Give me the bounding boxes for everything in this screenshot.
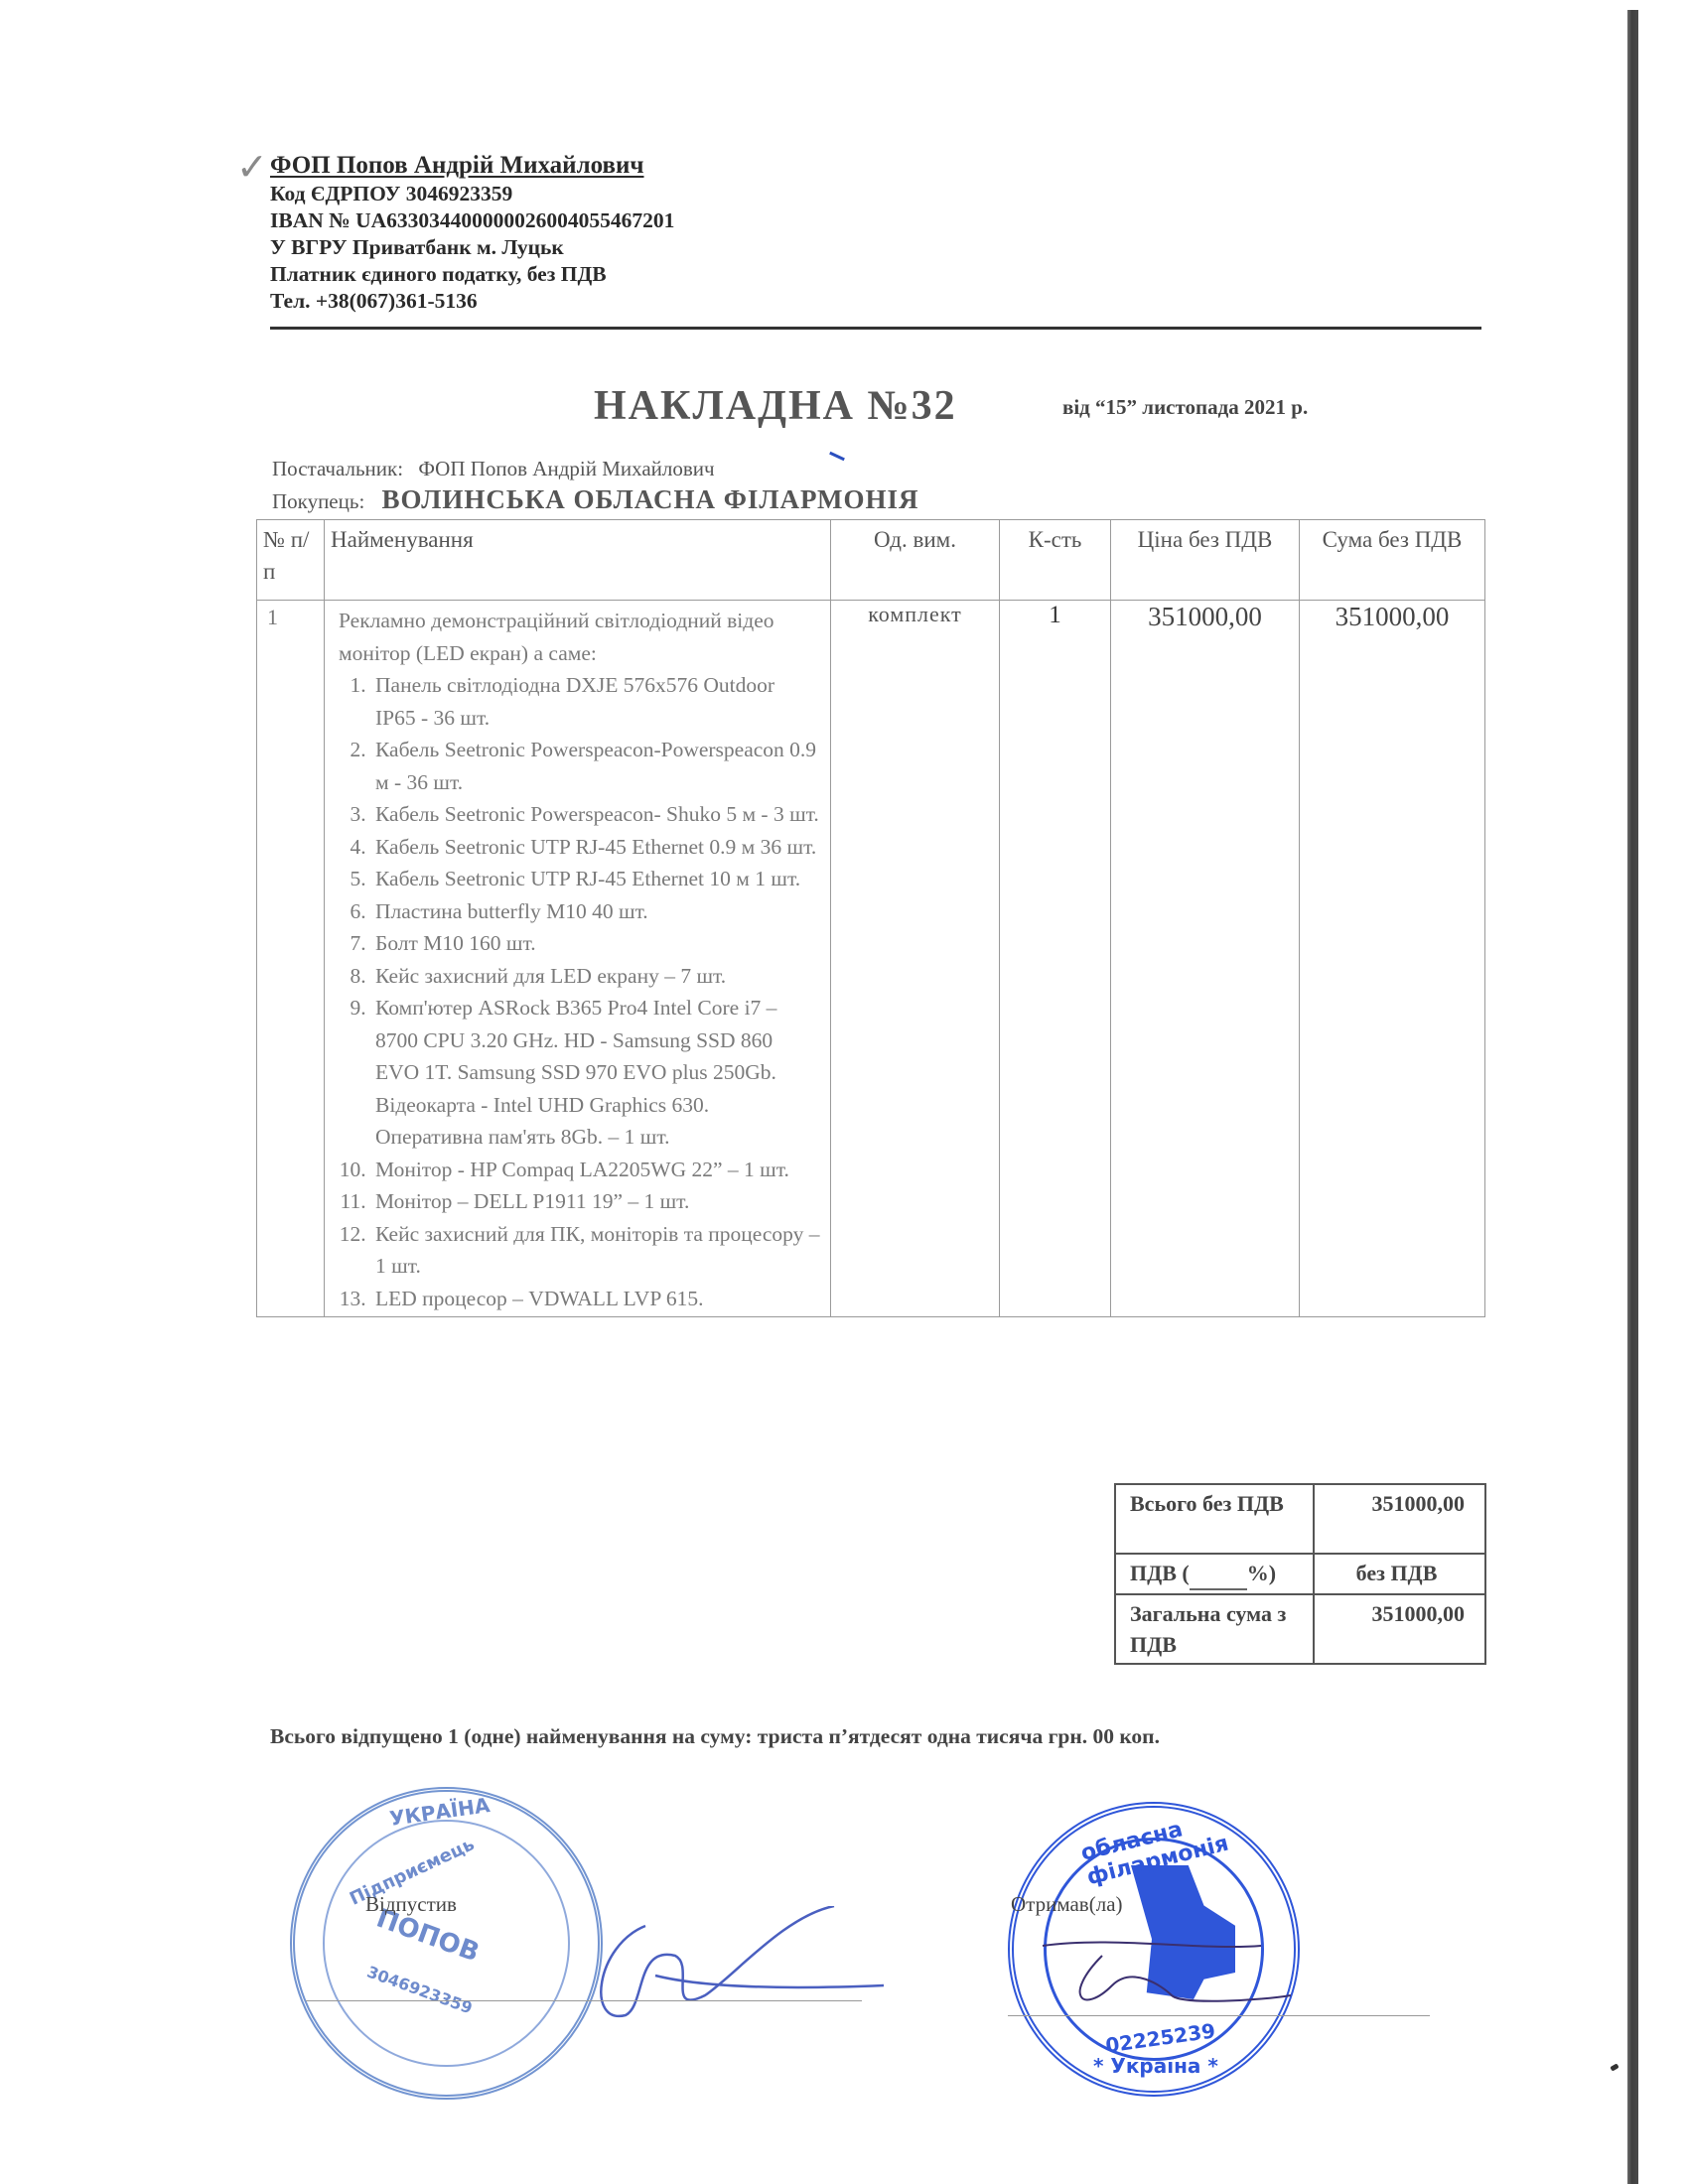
released-signature-line — [306, 2000, 862, 2001]
list-item: LED процесор – VDWALL LVP 615. — [371, 1283, 820, 1315]
supplier-iban: IBAN № UA633034400000026004055467201 — [270, 207, 1481, 234]
vat-row: ПДВ ( %) без ПДВ — [1115, 1554, 1485, 1594]
buyer-label: Покупець: — [272, 489, 364, 513]
vat-label-suffix: %) — [1247, 1561, 1276, 1585]
header-price: Ціна без ПДВ — [1111, 520, 1300, 601]
header-name: Найменування — [325, 520, 831, 601]
supplier-edrpou: Код ЄДРПОУ 3046923359 — [270, 181, 1481, 207]
row-intro: Рекламно демонстраційний світлодіодний в… — [339, 605, 820, 669]
supplier-label: Постачальник: — [272, 457, 403, 480]
buyer-line: Покупець: ВОЛИНСЬКА ОБЛАСНА ФІЛАРМОНІЯ — [272, 484, 918, 515]
header-divider — [270, 327, 1481, 330]
row-no: 1 — [257, 601, 325, 1317]
supplier-bank: У ВГРУ Приватбанк м. Луцьк — [270, 234, 1481, 261]
pen-mark — [829, 452, 845, 461]
header-qty: К-сть — [1000, 520, 1111, 601]
list-item: Монітор - HP Compaq LA2205WG 22” – 1 шт. — [371, 1154, 820, 1186]
document-title: НАКЛАДНА №32 — [594, 382, 957, 430]
list-item: Монітор – DELL P1911 19” – 1 шт. — [371, 1185, 820, 1218]
row-qty: 1 — [1000, 601, 1111, 1317]
table-header-row: № п/п Найменування Од. вим. К-сть Ціна б… — [257, 520, 1485, 601]
checkmark-icon: ✓ — [236, 145, 268, 189]
row-unit: комплект — [831, 601, 1000, 1317]
header-no: № п/п — [257, 520, 325, 601]
list-item: Кабель Seetronic Powerspeacon-Powerspeac… — [371, 734, 820, 798]
supplier-stamp: ПОПОВ Підприємець УКРАЇНА 3046923359 — [290, 1787, 603, 2100]
scan-speck — [1610, 2063, 1618, 2071]
list-item: Кейс захисний для ПК, моніторів та проце… — [371, 1218, 820, 1283]
table-row: 1 Рекламно демонстраційний світлодіодний… — [257, 601, 1485, 1317]
vat-label: ПДВ ( %) — [1115, 1554, 1314, 1594]
list-item: Кейс захисний для LED екрану – 7 шт. — [371, 960, 820, 993]
header-sum: Сума без ПДВ — [1300, 520, 1485, 601]
row-sum: 351000,00 — [1300, 601, 1485, 1317]
supplier-header: ✓ ФОП Попов Андрій Михайлович Код ЄДРПОУ… — [270, 151, 1481, 315]
supplier-phone: Тел. +38(067)361-5136 — [270, 288, 1481, 315]
component-list: Панель світлодіодна DXJE 576x576 Outdoor… — [339, 669, 820, 1314]
row-description: Рекламно демонстраційний світлодіодний в… — [325, 601, 831, 1317]
list-item: Кабель Seetronic UTP RJ-45 Ethernet 10 м… — [371, 863, 820, 895]
summary-text: Всього відпущено 1 (одне) найменування н… — [270, 1724, 1160, 1749]
supplier-line: Постачальник: ФОП Попов Андрій Михайлови… — [272, 457, 715, 481]
row-price: 351000,00 — [1111, 601, 1300, 1317]
list-item: Панель світлодіодна DXJE 576x576 Outdoor… — [371, 669, 820, 734]
total-row: Загальна сума з ПДВ 351000,00 — [1115, 1594, 1485, 1664]
totals-table: Всього без ПДВ 351000,00 ПДВ ( %) без ПД… — [1114, 1483, 1486, 1665]
list-item: Кабель Seetronic Powerspeacon- Shuko 5 м… — [371, 798, 820, 831]
supplier-name: ФОП Попов Андрій Михайлович — [270, 151, 1481, 181]
document-date: від “15” листопада 2021 р. — [1062, 395, 1308, 420]
supplier-signature — [586, 1906, 884, 2045]
received-by-label: Отримав(ла) — [1011, 1892, 1123, 1917]
supplier-tax-status: Платник єдиного податку, без ПДВ — [270, 261, 1481, 288]
scan-edge — [1627, 10, 1638, 2184]
vat-label-prefix: ПДВ ( — [1130, 1561, 1190, 1585]
vat-value: без ПДВ — [1314, 1554, 1485, 1594]
released-by-label: Відпустив — [365, 1892, 457, 1917]
buyer-value: ВОЛИНСЬКА ОБЛАСНА ФІЛАРМОНІЯ — [382, 484, 919, 514]
supplier-value: ФОП Попов Андрій Михайлович — [418, 457, 714, 480]
list-item: Кабель Seetronic UTP RJ-45 Ethernet 0.9 … — [371, 831, 820, 864]
stamp-country: * Україна * — [1093, 2054, 1218, 2078]
list-item: Комп'ютер ASRock B365 Pro4 Intel Core i7… — [371, 992, 820, 1154]
subtotal-row: Всього без ПДВ 351000,00 — [1115, 1484, 1485, 1554]
subtotal-label: Всього без ПДВ — [1115, 1484, 1314, 1554]
vat-rate-blank — [1190, 1558, 1247, 1590]
total-value: 351000,00 — [1314, 1594, 1485, 1664]
subtotal-value: 351000,00 — [1314, 1484, 1485, 1554]
total-label: Загальна сума з ПДВ — [1115, 1594, 1314, 1664]
received-signature-line — [1008, 2015, 1430, 2016]
list-item: Болт M10 160 шт. — [371, 927, 820, 960]
header-unit: Од. вим. — [831, 520, 1000, 601]
list-item: Пластина butterfly M10 40 шт. — [371, 895, 820, 928]
items-table: № п/п Найменування Од. вим. К-сть Ціна б… — [256, 519, 1485, 1317]
buyer-signature — [1023, 1926, 1301, 2015]
